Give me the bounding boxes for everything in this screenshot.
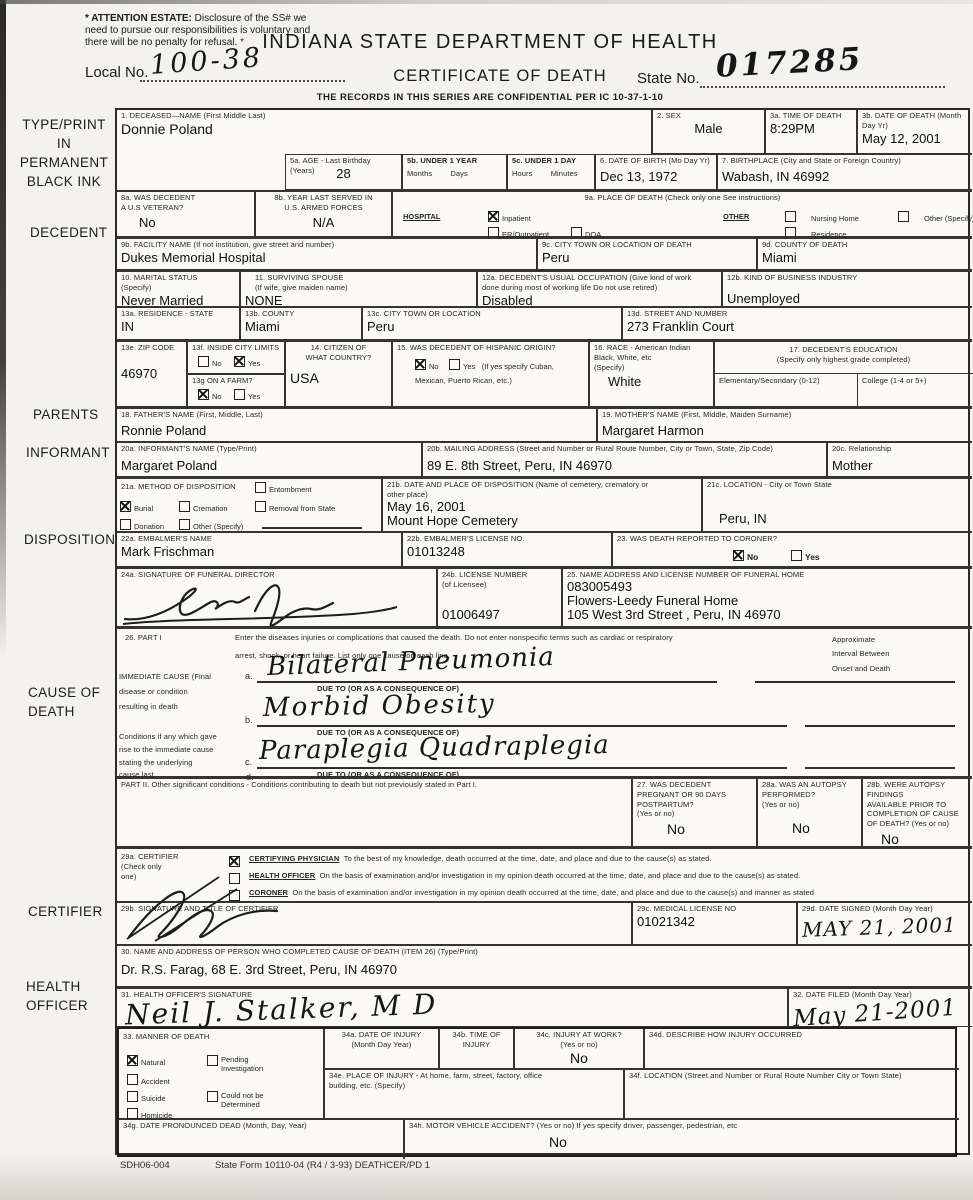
field-12a-occupation: 12a. DECEDENT'S USUAL OCCUPATION (Give k… (477, 270, 722, 307)
field-5b-under-1-year: 5b. UNDER 1 YEAR Months Days (402, 154, 507, 190)
no-checkbox (733, 550, 744, 561)
line-a-letter: a. (245, 671, 253, 683)
part1-instruction-1: Enter the diseases injuries or complicat… (235, 633, 810, 643)
field-21a-method-of-disposition: 21a. METHOD OF DISPOSITION Entombment Bu… (117, 477, 382, 532)
checkbox-natural: Natural (127, 1055, 165, 1067)
certifier-signature (121, 871, 351, 943)
field-label: 9c. CITY TOWN OR LOCATION OF DEATH (542, 240, 752, 250)
field-label: 34b. TIME OF INJURY (444, 1030, 509, 1050)
field-9b-facility-name: 9b. FACILITY NAME (If not institution, g… (117, 237, 537, 270)
field-value: Margaret Harmon (602, 424, 968, 438)
field-27-pregnant: 27. WAS DECEDENT PREGNANT OR 90 DAYS POS… (632, 777, 757, 847)
field-value: No (881, 832, 968, 847)
margin-cause-label: CAUSE OF DEATH (28, 684, 100, 722)
field-value: Donnie Poland (121, 122, 647, 137)
scan-edge-artifact (0, 0, 6, 660)
conditions-label: Conditions if any which gave rise to the… (119, 731, 239, 782)
other-checkbox (179, 519, 190, 530)
field-value: May 12, 2001 (862, 132, 968, 146)
field-29b-certifier-signature: 29b. SIGNATURE AND TITLE OF CERTIFIER (117, 902, 632, 945)
checkbox-13g-no: No (198, 389, 222, 401)
pending-checkbox (207, 1055, 218, 1066)
field-value: Margaret Poland (121, 459, 417, 473)
yes-label: Yes (248, 359, 260, 368)
certifying-physician-text: To the best of my knowledge, death occur… (344, 854, 712, 863)
field-value: No (792, 821, 857, 836)
cause-line-a (257, 681, 717, 683)
suicide-checkbox (127, 1091, 138, 1102)
accident-label: Accident (141, 1077, 170, 1086)
no-checkbox (415, 359, 426, 370)
field-29d-date-signed: 29d. DATE SIGNED (Month Day Year) MAY 21… (797, 902, 972, 945)
field-label: 28a. WAS AN AUTOPSY PERFORMED? (Yes or n… (762, 780, 857, 809)
field-18-father-name: 18. FATHER'S NAME (First, Middle, Last) … (117, 407, 597, 442)
field-label: 34e. PLACE OF INJURY - At home, farm, st… (329, 1071, 619, 1091)
field-14-citizen-of: 14. CITIZEN OF WHAT COUNTRY? USA (285, 340, 392, 407)
field-label: 12b. KIND OF BUSINESS INDUSTRY (727, 273, 968, 283)
field-label: 15. WAS DECEDENT OF HISPANIC ORIGIN? (397, 343, 584, 353)
field-29c-medical-license: 29c. MEDICAL LICENSE NO 01021342 (632, 902, 797, 945)
field-label: 13c. CITY TOWN OR LOCATION (367, 309, 617, 319)
natural-label: Natural (141, 1058, 165, 1067)
interval-line-c (805, 767, 955, 769)
no-label: No (212, 392, 222, 401)
field-label: 14. CITIZEN OF WHAT COUNTRY? (290, 343, 387, 363)
field-value: Dukes Memorial Hospital (121, 251, 532, 265)
field-3a-time-of-death: 3a. TIME OF DEATH 8:29PM (765, 110, 857, 154)
field-label: 9a. PLACE OF DEATH (Check only one See i… (397, 193, 968, 203)
field-label: 13g ON A FARM? (192, 376, 280, 386)
field-part2-other-conditions: PART II. Other significant conditions - … (117, 777, 632, 847)
field-value: Male (657, 122, 760, 136)
field-1-deceased-name: 1. DECEASED—NAME (First Middle Last) Don… (117, 110, 652, 154)
confidential-notice: THE RECORDS IN THIS SERIES ARE CONFIDENT… (160, 92, 820, 103)
field-16-race: 16. RACE - American Indian Black, White,… (589, 340, 714, 407)
checkbox-pending: Pending Investigation (207, 1055, 263, 1073)
education-college-label: College (1-4 or 5+) (862, 376, 969, 386)
field-label: 20a. INFORMANT'S NAME (Type/Print) (121, 444, 417, 454)
margin-certifier-label: CERTIFIER (28, 903, 103, 922)
field-34f-injury-location: 34f. LOCATION (Street and Number or Rura… (624, 1069, 959, 1119)
field-2-sex: 2. SEX Male (652, 110, 765, 154)
funeral-home-name: Flowers-Leedy Funeral Home (567, 594, 968, 608)
could-not-label: Could not be Determined (221, 1091, 264, 1109)
field-label: 5c. UNDER 1 DAY (512, 156, 590, 166)
field-label: 29c. MEDICAL LICENSE NO (637, 904, 792, 914)
field-value: Dr. R.S. Farag, 68 E. 3rd Street, Peru, … (121, 963, 968, 977)
field-22b-embalmer-license: 22b. EMBALMER'S LICENSE NO. 01013248 (402, 532, 612, 567)
yes-label: Yes (463, 362, 475, 371)
field-9c-city-of-death: 9c. CITY TOWN OR LOCATION OF DEATH Peru (537, 237, 757, 270)
field-34d-describe-injury: 34d. DESCRIBE HOW INJURY OCCURRED (644, 1029, 959, 1069)
field-20c-relationship: 20c. Relationship Mother (827, 442, 972, 477)
field-label: 34h. MOTOR VEHICLE ACCIDENT? (Yes or no)… (409, 1121, 955, 1131)
cremation-checkbox (179, 501, 190, 512)
field-label: 13e. ZIP CODE (121, 343, 182, 353)
field-label: 3b. DATE OF DEATH (Month Day Yr) (862, 111, 968, 131)
field-label: 7. BIRTHPLACE (City and State or Foreign… (722, 156, 968, 166)
interval-header: Approximate Interval Between Onset and D… (832, 633, 962, 676)
field-value: NONE (245, 294, 472, 308)
field-label: 34c. INJURY AT WORK? (Yes or no) (519, 1030, 639, 1050)
health-officer-row: HEALTH OFFICER On the basis of examinati… (249, 871, 964, 881)
no-checkbox (198, 356, 209, 367)
checkbox-burial: Burial (120, 501, 153, 513)
donation-checkbox (120, 519, 131, 530)
nursing-label: Nursing Home (811, 214, 859, 223)
field-value: 89 E. 8th Street, Peru, IN 46970 (427, 459, 822, 473)
checkbox-15-no: No (415, 359, 439, 371)
checkbox-nursing-home: Nursing Home (785, 211, 859, 223)
field-13b-residence-county: 13b. COUNTY Miami (240, 307, 362, 340)
field-12b-business-industry: 12b. KIND OF BUSINESS INDUSTRY Unemploye… (722, 270, 972, 307)
coroner-row: CORONER On the basis of examination and/… (249, 888, 964, 898)
cause-c-handwritten: Paraplegia Quadraplegia (259, 730, 610, 766)
field-sublabel: Months Days (407, 169, 502, 179)
checkbox-other-disposition: Other (Specify) (179, 519, 243, 531)
field-label: 20c. Relationship (832, 444, 968, 454)
checkbox-suicide: Suicide (127, 1091, 166, 1103)
field-8b-year-served: 8b. YEAR LAST SERVED IN U.S. ARMED FORCE… (255, 190, 392, 237)
field-label: 21a. METHOD OF DISPOSITION (121, 482, 236, 492)
checkbox-donation: Donation (120, 519, 164, 531)
yes-checkbox (791, 550, 802, 561)
accident-checkbox (127, 1074, 138, 1085)
field-34e-place-of-injury: 34e. PLACE OF INJURY - At home, farm, st… (324, 1069, 624, 1119)
field-label: 30. NAME AND ADDRESS OF PERSON WHO COMPL… (121, 947, 968, 957)
hospital-group-label: HOSPITAL (403, 212, 440, 221)
funeral-director-signature (123, 581, 423, 627)
field-label: 13d. STREET AND NUMBER (627, 309, 968, 319)
field-value: No (549, 1135, 955, 1150)
margin-disposition-label: DISPOSITION (24, 531, 115, 550)
removal-label: Removal from State (269, 504, 335, 513)
field-label: 24b. LICENSE NUMBER (of Licensee) (442, 570, 557, 590)
checkbox-13f-yes: Yes (234, 356, 260, 368)
other-label: Other (Specify) (193, 522, 243, 531)
field-label: 33. MANNER OF DEATH (123, 1032, 209, 1042)
burial-label: Burial (134, 504, 153, 513)
yes-label: Yes (805, 552, 820, 562)
field-11-surviving-spouse: 11. SURVIVING SPOUSE (If wife, give maid… (240, 270, 477, 307)
field-label: 1. DECEASED—NAME (First Middle Last) (121, 111, 647, 121)
health-officer-text: On the basis of examination and/or inves… (320, 871, 801, 880)
checkbox-13f-no: No (198, 356, 222, 368)
field-label: 34d. DESCRIBE HOW INJURY OCCURRED (649, 1030, 955, 1040)
field-label: 22b. EMBALMER'S LICENSE NO. (407, 534, 607, 544)
field-label: 13f. INSIDE CITY LIMITS (192, 343, 280, 353)
field-13c-residence-city: 13c. CITY TOWN OR LOCATION Peru (362, 307, 622, 340)
field-value: No (667, 822, 752, 837)
immediate-cause-label: IMMEDIATE CAUSE (Final disease or condit… (119, 669, 239, 714)
coroner-text: On the basis of examination and/or inves… (292, 888, 814, 897)
education-elementary-label: Elementary/Secondary (0-12) (719, 376, 853, 386)
education-elementary-cell: Elementary/Secondary (0-12) (715, 373, 858, 409)
field-label: 21b. DATE AND PLACE OF DISPOSITION (Name… (387, 480, 697, 500)
field-10-marital-status: 10. MARITAL STATUS (Specify) Never Marri… (117, 270, 240, 307)
field-label: 34g. DATE PRONOUNCED DEAD (Month, Day, Y… (123, 1121, 399, 1131)
education-college-cell: College (1-4 or 5+) (858, 373, 973, 409)
cause-b-handwritten: Morbid Obesity (263, 689, 496, 723)
checkbox-13g-yes: Yes (234, 389, 260, 401)
field-label: 19. MOTHER'S NAME (First, Middle, Maiden… (602, 410, 968, 420)
field-value: Mark Frischman (121, 545, 397, 559)
field-value: Ronnie Poland (121, 424, 592, 438)
field-34c-injury-at-work: 34c. INJURY AT WORK? (Yes or no) No (514, 1029, 644, 1069)
margin-type-print-label: TYPE/PRINT IN PERMANENT BLACK INK (14, 116, 114, 192)
date-signed-handwritten: MAY 21, 2001 (802, 912, 969, 942)
margin-informant-label: INFORMANT (26, 444, 110, 463)
nursing-checkbox (785, 211, 796, 222)
field-13d-street-number: 13d. STREET AND NUMBER 273 Franklin Cour… (622, 307, 972, 340)
field-label: 34f. LOCATION (Street and Number or Rura… (629, 1071, 955, 1081)
field-value: Miami (245, 320, 357, 334)
certifying-physician-term: CERTIFYING PHYSICIAN (249, 854, 339, 863)
document-title: INDIANA STATE DEPARTMENT OF HEALTH (250, 31, 730, 54)
field-value-line1: May 16, 2001 (387, 500, 697, 514)
field-value: Never Married (121, 294, 235, 308)
part1-label: 26. PART I (125, 633, 162, 643)
attention-bold: * ATTENTION ESTATE: (85, 13, 192, 24)
field-13e-zip-code: 13e. ZIP CODE 46970 (117, 340, 187, 407)
burial-checkbox (120, 501, 131, 512)
field-label: 18. FATHER'S NAME (First, Middle, Last) (121, 410, 592, 420)
could-not-checkbox (207, 1091, 218, 1102)
field-value: Dec 13, 1972 (600, 170, 712, 184)
checkbox-23-no: No (733, 550, 758, 562)
natural-checkbox (127, 1055, 138, 1066)
field-label: 5b. UNDER 1 YEAR (407, 156, 502, 166)
field-value: Peru (367, 320, 617, 334)
form-number: SDH06-004 (120, 1160, 170, 1171)
other-specify-line (262, 527, 362, 529)
field-7-birthplace: 7. BIRTHPLACE (City and State or Foreign… (717, 154, 972, 190)
checkbox-cremation: Cremation (179, 501, 228, 513)
field-34h-motor-vehicle-accident: 34h. MOTOR VEHICLE ACCIDENT? (Yes or no)… (404, 1119, 959, 1159)
field-label: PART II. Other significant conditions - … (121, 780, 627, 790)
field-value: White (608, 375, 709, 389)
checkbox-inpatient: Inpatient (488, 211, 531, 223)
field-label: 9d. COUNTY OF DEATH (762, 240, 968, 250)
field-30-person-completed-cause: 30. NAME AND ADDRESS OF PERSON WHO COMPL… (117, 945, 972, 987)
funeral-home-license: 083005493 (567, 580, 968, 594)
margin-health-officer-label: HEALTH OFFICER (26, 978, 88, 1016)
field-label: 21c. LOCATION - City or Town State (707, 480, 968, 490)
checkbox-other-specify: Other (Specify) (898, 211, 973, 223)
field-value: N/A (260, 216, 387, 230)
scan-edge-artifact-top (0, 0, 973, 4)
field-9a-place-of-death: 9a. PLACE OF DEATH (Check only one See i… (392, 190, 972, 237)
field-23-reported-to-coroner: 23. WAS DEATH REPORTED TO CORONER? No Ye… (612, 532, 972, 567)
field-value: No (139, 216, 250, 230)
yes-label: Yes (248, 392, 260, 401)
field-label: 28b. WERE AUTOPSY FINDINGS AVAILABLE PRI… (867, 780, 968, 829)
line-c-letter: c. (245, 757, 252, 769)
field-21c-disposition-location: 21c. LOCATION - City or Town State Peru,… (702, 477, 972, 532)
form-grid: 1. DECEASED—NAME (First Middle Last) Don… (115, 108, 970, 1155)
hispanic-note-2: Mexican, Puerto Rican, etc.) (415, 376, 584, 386)
interval-line-b (805, 725, 955, 727)
inpatient-label: Inpatient (502, 214, 531, 223)
no-checkbox (198, 389, 209, 400)
checkbox-entombment: Entombment (255, 482, 312, 494)
field-label: 10. MARITAL STATUS (Specify) (121, 273, 235, 293)
yes-checkbox (234, 389, 245, 400)
field-label: 6. DATE OF BIRTH (Mo Day Yr) (600, 156, 712, 166)
field-label: 27. WAS DECEDENT PREGNANT OR 90 DAYS POS… (637, 780, 752, 819)
field-value: Unemployed (727, 292, 968, 306)
injury-section-box: 33. MANNER OF DEATH Natural Pending Inve… (117, 1027, 957, 1157)
field-9d-county-of-death: 9d. COUNTY OF DEATH Miami (757, 237, 972, 270)
field-5a-age: 5a. AGE - Last Birthday (Years) 28 (285, 154, 402, 190)
field-33-manner-of-death: 33. MANNER OF DEATH Natural Pending Inve… (119, 1029, 324, 1119)
hispanic-note-1: (If yes specify Cuban, (482, 362, 554, 371)
field-value: 01013248 (407, 545, 607, 559)
inpatient-checkbox (488, 211, 499, 222)
checkbox-could-not: Could not be Determined (207, 1091, 264, 1109)
field-label: 8a. WAS DECEDENT A U.S VETERAN? (121, 193, 250, 213)
no-label: No (212, 359, 222, 368)
field-value: 01006497 (442, 608, 557, 622)
field-label: 3a. TIME OF DEATH (770, 111, 852, 121)
line-b-letter: b. (245, 715, 253, 727)
donation-label: Donation (134, 522, 164, 531)
field-17-education: 17. DECEDENT'S EDUCATION (Specify only h… (714, 340, 972, 407)
checkbox-23-yes: Yes (791, 550, 820, 562)
field-34g-date-pronounced-dead: 34g. DATE PRONOUNCED DEAD (Month, Day, Y… (119, 1119, 404, 1159)
field-34b-time-of-injury: 34b. TIME OF INJURY (439, 1029, 514, 1069)
field-24a-funeral-director-signature: 24a. SIGNATURE OF FUNERAL DIRECTOR (117, 567, 437, 627)
state-no-value: 017285 (715, 41, 864, 85)
margin-decedent-label: DECEDENT (30, 224, 107, 243)
field-28b-autopsy-findings: 28b. WERE AUTOPSY FINDINGS AVAILABLE PRI… (862, 777, 972, 847)
field-13g-on-a-farm: 13g ON A FARM? No Yes (187, 374, 285, 407)
field-24b-license-number: 24b. LICENSE NUMBER (of Licensee) 010064… (437, 567, 562, 627)
field-value: Mother (832, 459, 968, 473)
field-value: Peru, IN (719, 512, 968, 526)
field-label: 13a. RESIDENCE - STATE (121, 309, 235, 319)
other-specify-label: Other (Specify) (924, 214, 973, 223)
section-26-cause-of-death: 26. PART I Enter the diseases injuries o… (117, 627, 972, 777)
field-22a-embalmer-name: 22a. EMBALMER'S NAME Mark Frischman (117, 532, 402, 567)
other-group-label: OTHER (723, 212, 749, 221)
state-no-label: State No. (637, 70, 700, 87)
field-label: 8b. YEAR LAST SERVED IN U.S. ARMED FORCE… (260, 193, 387, 213)
margin-parents-label: PARENTS (33, 406, 99, 425)
field-5c-under-1-day: 5c. UNDER 1 DAY Hours Minutes (507, 154, 595, 190)
field-label: 11. SURVIVING SPOUSE (If wife, give maid… (255, 273, 472, 293)
field-label: 2. SEX (657, 111, 760, 121)
field-sublabel: Hours Minutes (512, 169, 590, 179)
field-value: Peru (542, 251, 752, 265)
field-34a-date-of-injury: 34a. DATE OF INJURY (Month Day Year) (324, 1029, 439, 1069)
removal-checkbox (255, 501, 266, 512)
other-specify-checkbox (898, 211, 909, 222)
field-label: 16. RACE - American Indian Black, White,… (594, 343, 709, 372)
certifying-physician-row: CERTIFYING PHYSICIAN To the best of my k… (249, 854, 964, 864)
field-label: 24a. SIGNATURE OF FUNERAL DIRECTOR (121, 570, 432, 580)
field-3b-date-of-death: 3b. DATE OF DEATH (Month Day Yr) May 12,… (857, 110, 972, 154)
interval-line-a (755, 681, 955, 683)
entombment-label: Entombment (269, 485, 312, 494)
field-6-date-of-birth: 6. DATE OF BIRTH (Mo Day Yr) Dec 13, 197… (595, 154, 717, 190)
field-label: 22a. EMBALMER'S NAME (121, 534, 397, 544)
field-20a-informant-name: 20a. INFORMANT'S NAME (Type/Print) Marga… (117, 442, 422, 477)
field-15-hispanic-origin: 15. WAS DECEDENT OF HISPANIC ORIGIN? No … (392, 340, 589, 407)
checkbox-certifying-physician (229, 853, 243, 871)
field-value: USA (290, 371, 387, 386)
field-label: 17. DECEDENT'S EDUCATION (Specify only h… (715, 342, 972, 365)
field-value: 01021342 (637, 915, 792, 929)
field-value: Disabled (482, 294, 717, 308)
field-13a-residence-state: 13a. RESIDENCE - STATE IN (117, 307, 240, 340)
cause-line-b (257, 725, 787, 727)
field-25-funeral-home: 25. NAME ADDRESS AND LICENSE NUMBER OF F… (562, 567, 972, 627)
field-label: 9b. FACILITY NAME (If not institution, g… (121, 240, 532, 250)
field-value: Wabash, IN 46992 (722, 170, 968, 184)
field-21b-date-place-disposition: 21b. DATE AND PLACE OF DISPOSITION (Name… (382, 477, 702, 532)
checkbox-accident: Accident (127, 1074, 170, 1086)
field-label: 23. WAS DEATH REPORTED TO CORONER? (617, 534, 968, 544)
field-28a-autopsy: 28a. WAS AN AUTOPSY PERFORMED? (Yes or n… (757, 777, 862, 847)
no-label: No (429, 362, 439, 371)
no-label: No (747, 552, 758, 562)
field-8a-veteran: 8a. WAS DECEDENT A U.S VETERAN? No (117, 190, 255, 237)
local-no-label: Local No. (85, 64, 148, 81)
cremation-label: Cremation (193, 504, 228, 513)
yes-checkbox (234, 356, 245, 367)
field-32-date-filed: 32. DATE FILED (Month Day Year) May 21-2… (788, 987, 972, 1027)
entombment-checkbox (255, 482, 266, 493)
checkbox-removal: Removal from State (255, 501, 335, 513)
document-subtitle: CERTIFICATE OF DEATH (340, 67, 660, 86)
field-value: IN (121, 320, 235, 334)
field-19-mother-name: 19. MOTHER'S NAME (First, Middle, Maiden… (597, 407, 972, 442)
field-value-line2: Mount Hope Cemetery (387, 514, 697, 528)
field-label: 12a. DECEDENT'S USUAL OCCUPATION (Give k… (482, 273, 717, 293)
field-value: 8:29PM (770, 122, 852, 136)
homicide-checkbox (127, 1108, 138, 1119)
field-value: Miami (762, 251, 968, 265)
funeral-home-address: 105 West 3rd Street , Peru, IN 46970 (567, 608, 968, 622)
field-value: 273 Franklin Court (627, 320, 968, 334)
cause-a-handwritten: Bilateral Pneumonia (267, 642, 556, 682)
field-label: 34a. DATE OF INJURY (Month Day Year) (329, 1030, 434, 1050)
field-13f-inside-city-limits: 13f. INSIDE CITY LIMITS No Yes (187, 340, 285, 374)
field-value: 46970 (121, 367, 182, 381)
checkbox-15-yes: Yes (449, 359, 475, 371)
field-label: 20b. MAILING ADDRESS (Street and Number … (427, 444, 822, 454)
yes-checkbox (449, 359, 460, 370)
state-form-number: State Form 10110-04 (R4 / 3-93) DEATHCER… (215, 1160, 430, 1171)
certifying-physician-checkbox (229, 856, 240, 867)
field-value: No (519, 1051, 639, 1066)
death-certificate-scan: * ATTENTION ESTATE: Disclosure of the SS… (0, 0, 973, 1200)
cause-line-c (257, 767, 787, 769)
pending-label: Pending Investigation (221, 1055, 263, 1073)
field-label: 13b. COUNTY (245, 309, 357, 319)
suicide-label: Suicide (141, 1094, 166, 1103)
field-20b-mailing-address: 20b. MAILING ADDRESS (Street and Number … (422, 442, 827, 477)
field-31-health-officer-signature: 31. HEALTH OFFICER'S SIGNATURE Neil J. S… (117, 987, 788, 1027)
